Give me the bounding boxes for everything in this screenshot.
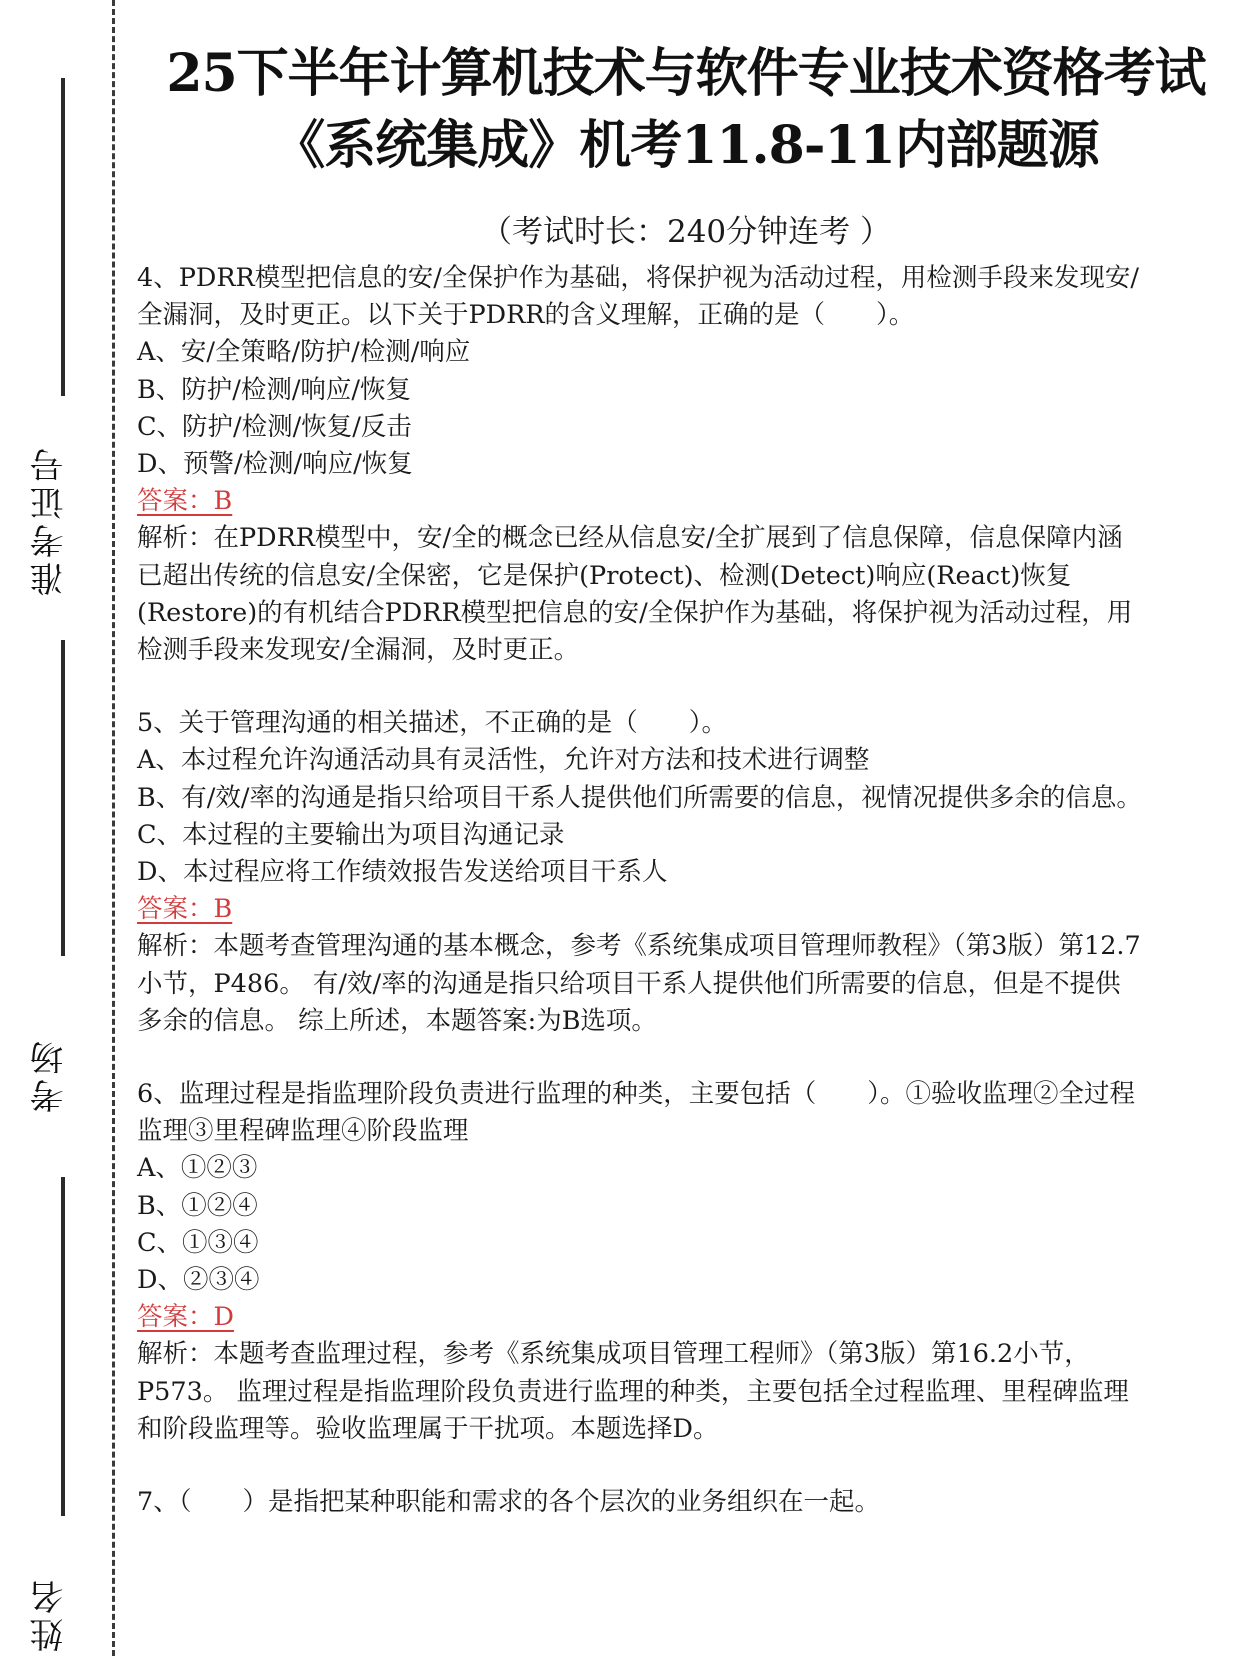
name-label: 姓名	[30, 1572, 70, 1656]
margin-line-bottom	[61, 1177, 65, 1516]
option-c: C、本过程的主要输出为项目沟通记录	[137, 817, 1142, 854]
answer: 答案：B	[137, 891, 232, 928]
option-d: D、预警/检测/响应/恢复	[137, 446, 1142, 483]
question-6: 6、监理过程是指监理阶段负责进行监理的种类，主要包括（ ）。①验收监理②全过程监…	[137, 1076, 1142, 1448]
option-b: B、①②④	[137, 1188, 1142, 1225]
option-b: B、防护/检测/响应/恢复	[137, 372, 1142, 409]
option-a: A、安/全策略/防护/检测/响应	[137, 334, 1142, 371]
question-stem: 4、PDRR模型把信息的安/全保护作为基础，将保护视为活动过程，用检测手段来发现…	[137, 260, 1142, 334]
question-list: 4、PDRR模型把信息的安/全保护作为基础，将保护视为活动过程，用检测手段来发现…	[137, 260, 1142, 1557]
document-header: 25下半年计算机技术与软件专业技术资格考试 《系统集成》机考11.8-11内部题…	[130, 38, 1242, 252]
question-4: 4、PDRR模型把信息的安/全保护作为基础，将保护视为活动过程，用检测手段来发现…	[137, 260, 1142, 669]
option-b: B、有/效/率的沟通是指只给项目干系人提供他们所需要的信息，视情况提供多余的信息…	[137, 780, 1142, 817]
question-5: 5、关于管理沟通的相关描述，不正确的是（ ）。 A、本过程允许沟通活动具有灵活性…	[137, 705, 1142, 1040]
question-7: 7、（ ）是指把某种职能和需求的各个层次的业务组织在一起。	[137, 1484, 1142, 1521]
admission-ticket-label: 准考证号	[30, 420, 70, 620]
answer: 答案：D	[137, 1299, 234, 1336]
title-line-2: 《系统集成》机考11.8-11内部题源	[130, 110, 1242, 182]
option-d: D、本过程应将工作绩效报告发送给项目干系人	[137, 854, 1142, 891]
margin-line-middle	[61, 640, 65, 956]
title-line-1: 25下半年计算机技术与软件专业技术资格考试	[130, 38, 1242, 110]
option-c: C、①③④	[137, 1225, 1142, 1262]
question-stem: 7、（ ）是指把某种职能和需求的各个层次的业务组织在一起。	[137, 1484, 1142, 1521]
option-a: A、本过程允许沟通活动具有灵活性，允许对方法和技术进行调整	[137, 742, 1142, 779]
margin-line-top	[61, 78, 65, 396]
exam-room-label: 考场	[30, 1030, 70, 1120]
answer: 答案：B	[137, 483, 232, 520]
question-stem: 5、关于管理沟通的相关描述，不正确的是（ ）。	[137, 705, 1142, 742]
analysis: 解析：本题考查监理过程，参考《系统集成项目管理工程师》（第3版）第16.2小节，…	[137, 1336, 1142, 1448]
cut-line	[112, 0, 115, 1656]
exam-duration: （考试时长：240分钟连考 ）	[130, 212, 1242, 252]
option-a: A、①②③	[137, 1150, 1142, 1187]
analysis: 解析：在PDRR模型中，安/全的概念已经从信息安/全扩展到了信息保障，信息保障内…	[137, 520, 1142, 669]
analysis: 解析：本题考查管理沟通的基本概念，参考《系统集成项目管理师教程》（第3版）第12…	[137, 928, 1142, 1040]
option-d: D、②③④	[137, 1262, 1142, 1299]
question-stem: 6、监理过程是指监理阶段负责进行监理的种类，主要包括（ ）。①验收监理②全过程监…	[137, 1076, 1142, 1150]
option-c: C、防护/检测/恢复/反击	[137, 409, 1142, 446]
